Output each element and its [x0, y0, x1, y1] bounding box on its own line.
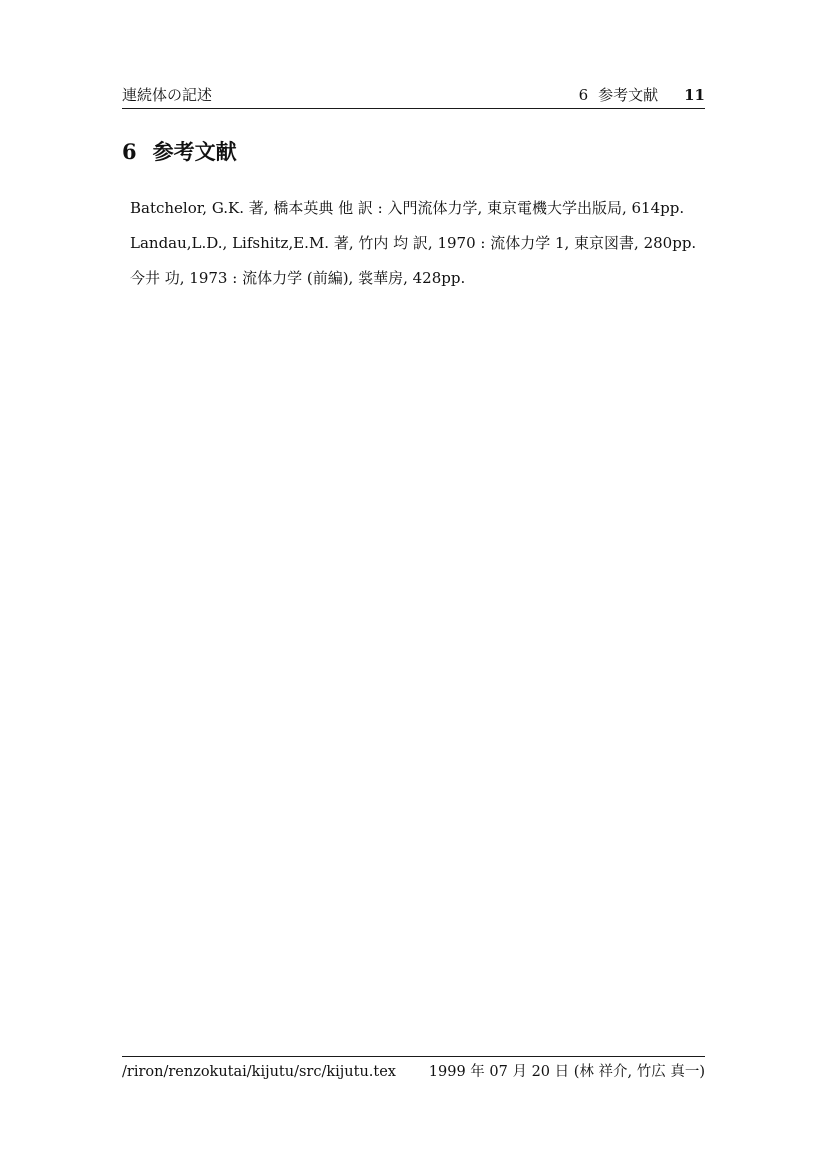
section-heading: 6 参考文献 [122, 138, 237, 166]
reference-entry: Batchelor, G.K. 著, 橋本英典 他 訳 : 入門流体力学, 東京… [130, 198, 715, 218]
section-heading-number: 6 [122, 138, 137, 166]
footer-date-authors: 1999 年 07 月 20 日 (林 祥介, 竹広 真一) [429, 1063, 705, 1081]
header-left-title: 連続体の記述 [122, 86, 212, 104]
reference-entry: 今井 功, 1973 : 流体力学 (前編), 裳華房, 428pp. [130, 268, 715, 288]
running-header: 連続体の記述 6 参考文献 11 [122, 86, 705, 109]
reference-list: Batchelor, G.K. 著, 橋本英典 他 訳 : 入門流体力学, 東京… [130, 198, 715, 303]
header-page-number: 11 [684, 86, 705, 104]
page-footer: /riron/renzokutai/kijutu/src/kijutu.tex … [122, 1056, 705, 1081]
section-heading-title: 参考文献 [153, 138, 237, 166]
header-right-group: 6 参考文献 11 [579, 86, 705, 104]
reference-entry: Landau,L.D., Lifshitz,E.M. 著, 竹内 均 訳, 19… [130, 233, 715, 253]
document-page: 連続体の記述 6 参考文献 11 6 参考文献 Batchelor, G.K. … [0, 0, 826, 1169]
header-section-title: 参考文献 [598, 86, 658, 104]
footer-file-path: /riron/renzokutai/kijutu/src/kijutu.tex [122, 1063, 396, 1081]
header-section-number: 6 [579, 86, 589, 104]
